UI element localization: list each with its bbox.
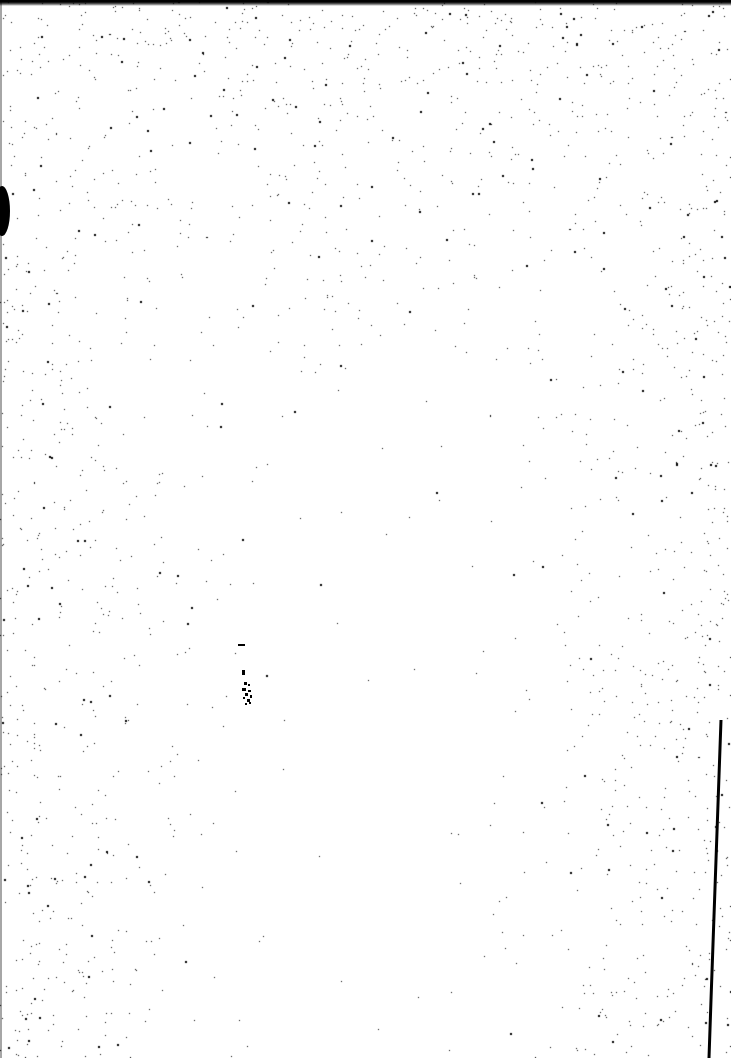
ink-smudge (236, 640, 260, 710)
scanned-page: Blank scanned page with speckle noise, n… (0, 0, 731, 1058)
page-edge-line (0, 0, 731, 1058)
